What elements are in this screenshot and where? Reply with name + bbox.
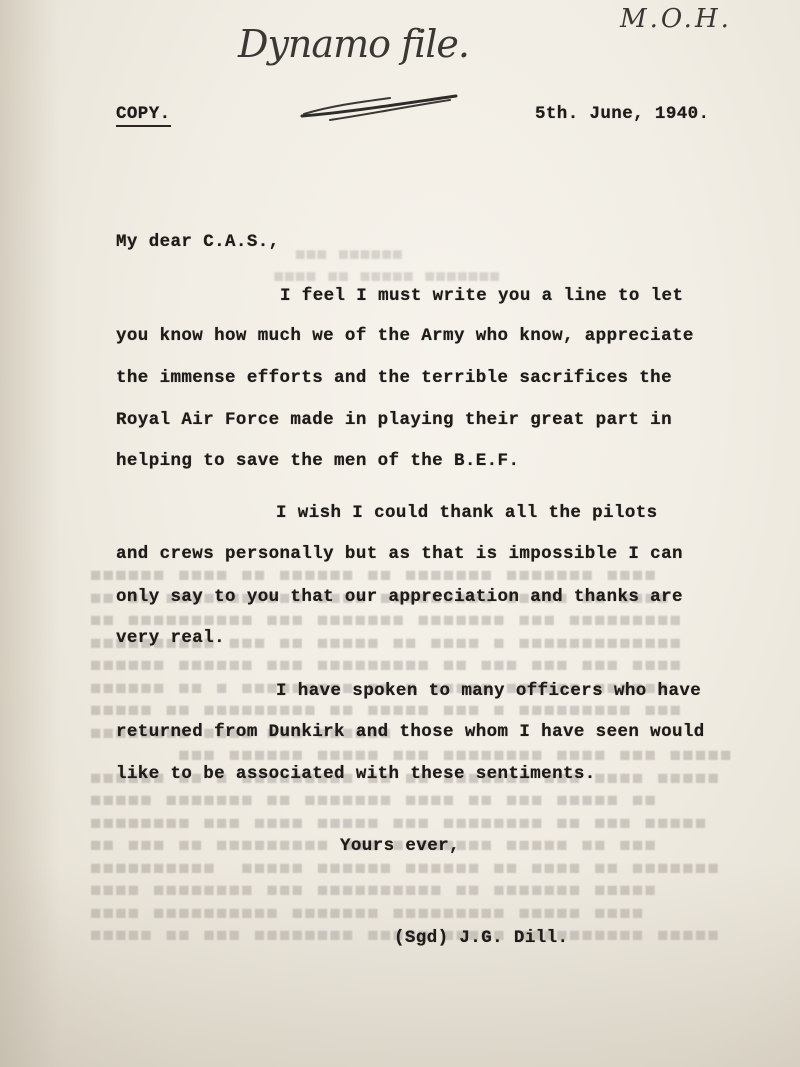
pen-scribble-mark bbox=[290, 90, 470, 130]
paragraph-2-line-4: very real. bbox=[116, 628, 225, 648]
paragraph-1-line-2: you know how much we of the Army who kno… bbox=[116, 326, 694, 346]
handwritten-corner-initials: M.O.H. bbox=[620, 4, 732, 34]
paragraph-2-line-2: and crews personally but as that is impo… bbox=[116, 544, 683, 564]
paragraph-3-line-3: like to be associated with these sentime… bbox=[116, 764, 596, 784]
paragraph-1-line-1: I feel I must write you a line to let bbox=[280, 286, 683, 306]
salutation: My dear C.A.S., bbox=[116, 232, 280, 252]
paragraph-1-line-4: Royal Air Force made in playing their gr… bbox=[116, 410, 672, 430]
closing: Yours ever, bbox=[340, 836, 460, 856]
copy-label: COPY. bbox=[116, 104, 171, 127]
letter-date: 5th. June, 1940. bbox=[535, 104, 709, 124]
paragraph-2-line-1: I wish I could thank all the pilots bbox=[276, 503, 658, 523]
paragraph-1-line-3: the immense efforts and the terrible sac… bbox=[116, 368, 672, 388]
signature: (Sgd) J.G. Dill. bbox=[394, 928, 568, 948]
paragraph-1-line-5: helping to save the men of the B.E.F. bbox=[116, 451, 519, 471]
paragraph-2-line-3: only say to you that our appreciation an… bbox=[116, 587, 683, 607]
page-bottom-shade bbox=[0, 860, 800, 1067]
handwritten-file-note: Dynamo file. bbox=[238, 22, 469, 66]
paragraph-3-line-1: I have spoken to many officers who have bbox=[276, 681, 701, 701]
paragraph-3-line-2: returned from Dunkirk and those whom I h… bbox=[116, 722, 705, 742]
